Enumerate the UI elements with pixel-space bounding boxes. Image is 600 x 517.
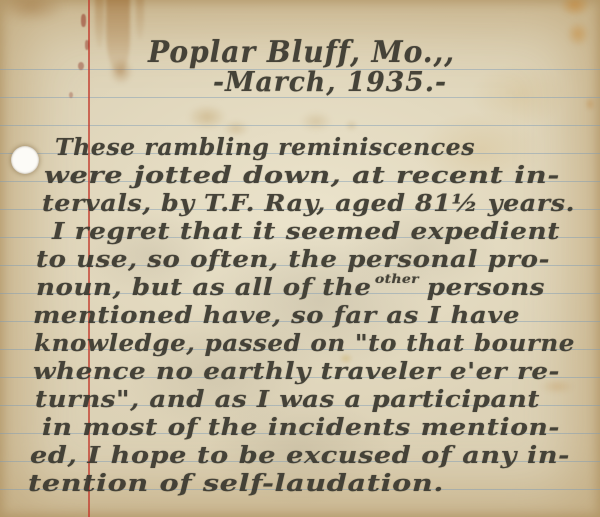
- body-line-2: were jotted down, at recent in-: [44, 162, 560, 190]
- body-line-7: mentioned have, so far as I have: [33, 302, 520, 330]
- corner-stain: [0, 0, 70, 24]
- body-line-13: tention of self-laudation.: [28, 470, 444, 498]
- heading-date-line: -March, 1935.-: [213, 69, 447, 97]
- rust-stain: [558, 0, 592, 18]
- drip-stain: [136, 0, 144, 40]
- body-line-11: in most of the incidents mention-: [42, 414, 560, 442]
- body-line-10: turns", and as I was a participant: [35, 386, 540, 414]
- heading-place-line: Poplar Bluff, Mo.,,: [148, 38, 455, 68]
- punch-hole: [11, 146, 39, 174]
- water-stain: [298, 110, 334, 133]
- rust-stain: [565, 20, 591, 48]
- interlinear-insertion: other: [375, 265, 419, 293]
- body-line-4: I regret that it seemed expedient: [52, 218, 560, 246]
- body-line-5: to use, so often, the personal pro-: [36, 246, 550, 274]
- body-line-6-suffix: persons: [427, 274, 545, 301]
- body-line-3: tervals, by T.F. Ray, aged 81½ years.: [42, 190, 575, 218]
- body-line-12: ed, I hope to be excused of any in-: [30, 442, 570, 470]
- drip-stain: [108, 56, 134, 86]
- body-line-8: knowledge, passed on "to that bourne: [34, 330, 575, 358]
- drip-stain: [106, 0, 130, 74]
- red-speck: [69, 92, 73, 98]
- body-line-6-prefix: noun, but as all of the: [36, 274, 372, 301]
- red-speck: [78, 62, 84, 70]
- red-speck: [81, 14, 86, 27]
- notebook-page: Poplar Bluff, Mo.,, -March, 1935.- These…: [0, 0, 600, 517]
- water-stain: [344, 119, 359, 132]
- drip-stain: [95, 0, 104, 48]
- body-line-6: noun, but as all of theotherpersons: [36, 274, 545, 305]
- body-line-1: These rambling reminiscences: [55, 134, 475, 162]
- water-stain: [185, 103, 229, 131]
- rust-stain: [584, 96, 596, 112]
- body-line-9: whence no earthly traveler e'er re-: [33, 358, 560, 386]
